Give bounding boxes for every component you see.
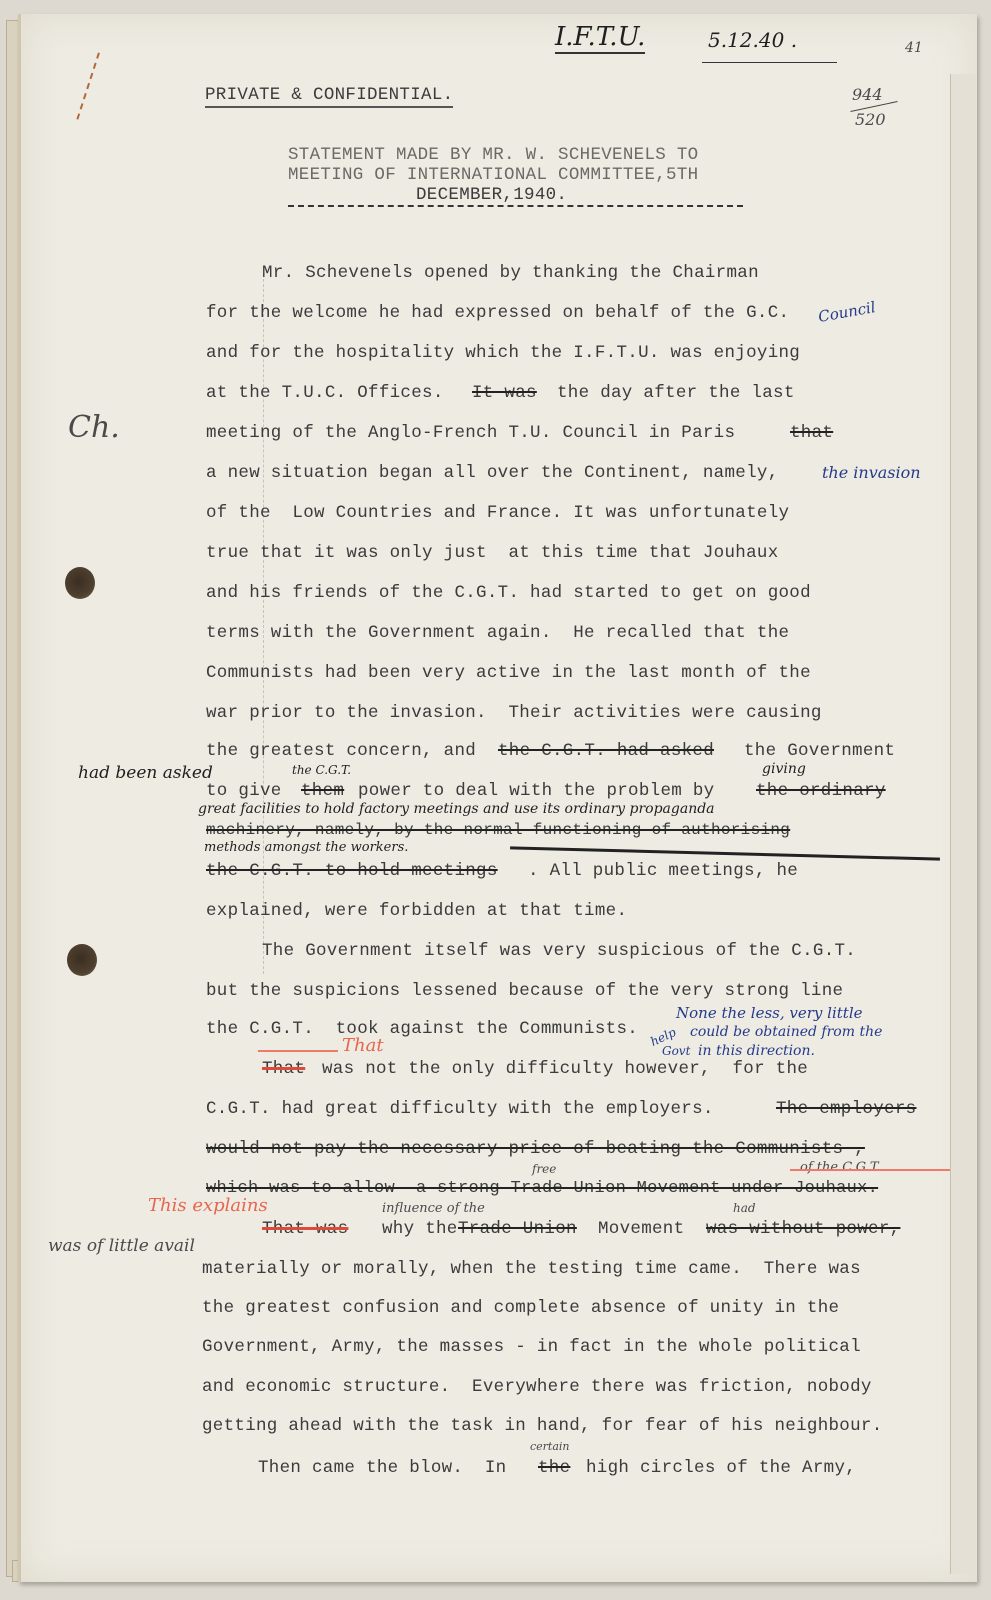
annotation-that-red: That	[342, 1035, 384, 1056]
body-text: C.G.T. had great difficulty with the emp…	[206, 1099, 714, 1119]
struck-text: them	[301, 781, 344, 801]
annotation-the-cgt: the C.G.T.	[292, 763, 351, 777]
title-line-2: MEETING OF INTERNATIONAL COMMITTEE,5TH	[288, 165, 698, 185]
body-text: power to deal with the problem by	[358, 781, 714, 801]
struck-text: the C.G.T. to hold meetings	[206, 861, 498, 881]
body-text: high circles of the Army,	[586, 1458, 856, 1478]
body-line: but the suspicions lessened because of t…	[206, 981, 843, 1001]
body-text: Then came the blow. In	[258, 1458, 506, 1478]
struck-text: machinery, namely, by the normal functio…	[206, 821, 790, 839]
struck-text: the ordinary	[756, 781, 886, 801]
handwritten-date: 5.12.40 .	[708, 28, 797, 52]
struck-text: The employers	[776, 1099, 916, 1119]
struck-text: that	[790, 423, 833, 443]
struck-text: That was	[262, 1219, 348, 1239]
reference-top: 944	[852, 85, 883, 104]
body-text: Movement	[598, 1219, 684, 1239]
punch-hole-top	[65, 567, 95, 599]
body-line: a new situation began all over the Conti…	[206, 463, 779, 483]
annotation-certain: certain	[530, 1440, 570, 1453]
body-text: to give	[206, 781, 282, 801]
body-line: the greatest concern, and	[206, 741, 476, 761]
red-strike-line	[790, 1169, 950, 1171]
reference-bottom: 520	[855, 110, 886, 129]
struck-text: was without power,	[706, 1219, 900, 1239]
red-strike	[258, 1050, 338, 1052]
title-underline	[288, 205, 743, 207]
body-line: for the welcome he had expressed on beha…	[206, 303, 789, 323]
annotation-giving: giving	[762, 761, 806, 777]
body-line: The Government itself was very suspiciou…	[262, 941, 856, 961]
annotation-little-avail: was of little avail	[48, 1236, 195, 1256]
body-line: at the T.U.C. Offices.	[206, 383, 444, 403]
struck-text: It was	[472, 383, 537, 403]
body-line: materially or morally, when the testing …	[202, 1259, 861, 1279]
body-line: explained, were forbidden at that time.	[206, 901, 627, 921]
struck-text: the C.G.T. had asked	[498, 741, 714, 761]
body-line: war prior to the invasion. Their activit…	[206, 703, 822, 723]
body-line: Mr. Schevenels opened by thanking the Ch…	[262, 263, 759, 283]
struck-text: Trade Union	[458, 1219, 577, 1239]
annotation-had: had	[733, 1201, 756, 1215]
body-line: true that it was only just at this time …	[206, 543, 779, 563]
struck-text: would not pay the necessary price of bea…	[206, 1139, 865, 1159]
page-number: 41	[905, 40, 923, 56]
body-text: . All public meetings, he	[528, 861, 798, 881]
struck-text: which was to allow a strong Trade Union …	[206, 1179, 878, 1198]
staple-mark	[76, 52, 105, 121]
body-line: of the Low Countries and France. It was …	[206, 503, 789, 523]
date-underline	[702, 62, 837, 63]
classification-label: PRIVATE & CONFIDENTIAL.	[205, 85, 453, 108]
margin-initials: Ch.	[68, 410, 120, 445]
annotation-had-been-asked: had been asked	[78, 763, 213, 783]
annotation-this-explains: This explains	[148, 1195, 268, 1216]
annotation-great-facilities: great facilities to hold factory meeting…	[198, 801, 715, 817]
body-line: getting ahead with the task in hand, for…	[202, 1416, 883, 1436]
punch-hole-bottom	[67, 944, 97, 976]
annotation-of-the-cgt: of the C.G.T.	[800, 1160, 881, 1175]
body-line: the C.G.T. took against the Communists.	[206, 1019, 638, 1039]
title-line-1: STATEMENT MADE BY MR. W. SCHEVENELS TO	[288, 145, 698, 165]
body-line: Communists had been very active in the l…	[206, 663, 811, 683]
title-line-3: DECEMBER,1940.	[416, 185, 567, 205]
body-line: the greatest confusion and complete abse…	[202, 1298, 839, 1318]
annotation-free: free	[532, 1162, 556, 1176]
annotation-methods: methods amongst the workers.	[204, 840, 408, 855]
annotation-could-be-obtained: could be obtained from the	[690, 1024, 882, 1040]
body-text: why the	[382, 1219, 458, 1239]
annotation-in-this-direction: in this direction.	[698, 1043, 815, 1059]
annotation-influence: influence of the	[382, 1201, 485, 1216]
body-text: was not the only difficulty however, for…	[322, 1059, 808, 1079]
handwritten-org: I.F.T.U.	[555, 22, 645, 54]
annotation-invasion: the invasion	[822, 463, 921, 482]
body-line: and his friends of the C.G.T. had starte…	[206, 583, 811, 603]
adjacent-page-edge	[950, 74, 977, 1574]
body-line: Government, Army, the masses - in fact i…	[202, 1337, 861, 1357]
annotation-none-the-less: None the less, very little	[676, 1004, 863, 1022]
body-line: and economic structure. Everywhere there…	[202, 1377, 872, 1397]
body-line: and for the hospitality which the I.F.T.…	[206, 343, 800, 363]
body-line: terms with the Government again. He reca…	[206, 623, 789, 643]
body-text: the Government	[744, 741, 895, 761]
body-line: meeting of the Anglo-French T.U. Council…	[206, 423, 735, 443]
annotation-govt: Govt	[662, 1044, 690, 1058]
struck-text: That	[262, 1059, 305, 1079]
body-text: the day after the last	[557, 383, 795, 403]
struck-text: the	[538, 1458, 570, 1478]
